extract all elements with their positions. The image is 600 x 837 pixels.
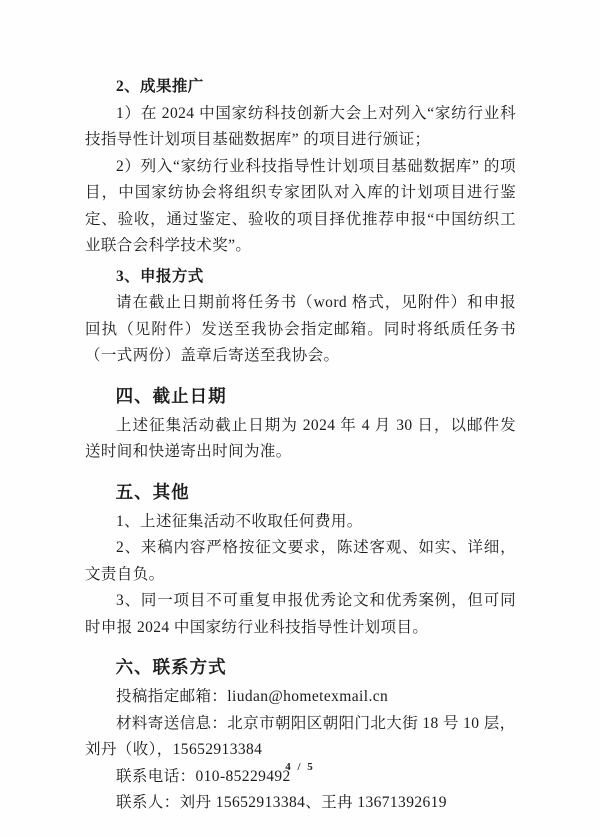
subheading-application-method: 3、申报方式 [85, 264, 516, 291]
section-heading-contact: 六、联系方式 [85, 652, 516, 682]
section-heading-others: 五、其他 [85, 477, 516, 507]
paragraph-submission-instructions: 请在截止日期前将任务书（word 格式，见附件）和申报回执（见附件）发送至我协会… [85, 290, 516, 370]
document-page: 2、成果推广 1）在 2024 中国家纺科技创新大会上对列入“家纺行业科技指导性… [0, 0, 600, 837]
paragraph-deadline: 上述征集活动截止日期为 2024 年 4 月 30 日，以邮件发送时间和快递寄出… [85, 413, 516, 466]
paragraph-content-requirements: 2、来稿内容严格按征文要求，陈述客观、如实、详细，文责自负。 [85, 535, 516, 588]
contact-line-mailing-address: 材料寄送信息：北京市朝阳区朝阳门北大街 18 号 10 层，刘丹（收），1565… [85, 711, 516, 764]
page-number: 4 / 5 [0, 761, 600, 773]
paragraph-no-duplicate-submission: 3、同一项目不可重复申报优秀论文和优秀案例，但可同时申报 2024 中国家纺行业… [85, 588, 516, 641]
section-heading-deadline: 四、截止日期 [85, 381, 516, 411]
paragraph-certification: 1）在 2024 中国家纺科技创新大会上对列入“家纺行业科技指导性计划项目基础数… [85, 101, 516, 154]
contact-line-persons: 联系人：刘丹 15652913384、王冉 13671392619 [85, 790, 516, 817]
paragraph-database-appraisal: 2）列入“家纺行业科技指导性计划项目基础数据库” 的项目，中国家纺协会将组织专家… [85, 154, 516, 260]
contact-line-email: 投稿指定邮箱：liudan@hometexmail.cn [85, 684, 516, 711]
document-body: 2、成果推广 1）在 2024 中国家纺科技创新大会上对列入“家纺行业科技指导性… [85, 70, 516, 817]
paragraph-no-fee: 1、上述征集活动不收取任何费用。 [85, 509, 516, 536]
subheading-results-promotion: 2、成果推广 [85, 74, 516, 101]
